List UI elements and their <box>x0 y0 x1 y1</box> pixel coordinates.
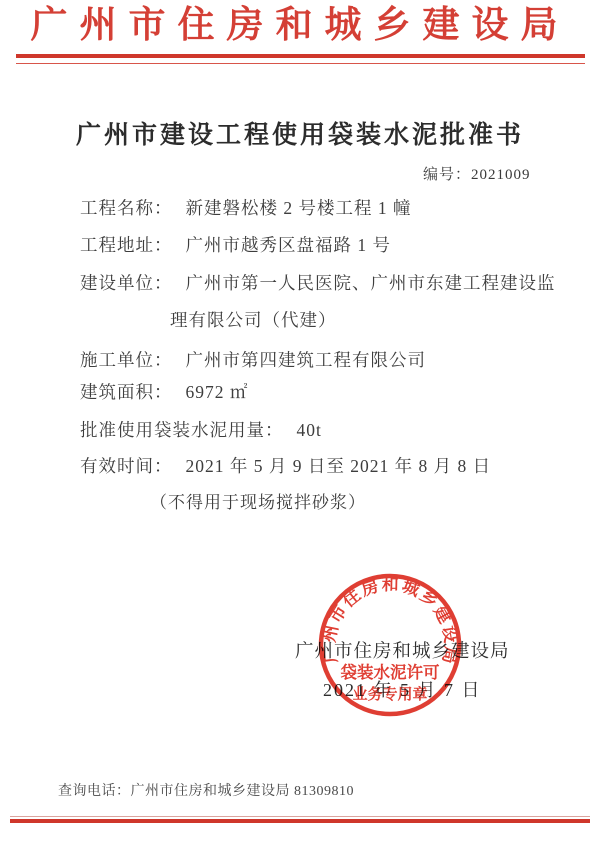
field-value: 广州市第一人民医院、广州市东建工程建设监 <box>186 273 556 293</box>
field-value: 广州市第四建筑工程有限公司 <box>186 350 427 370</box>
document-number-label: 编号： <box>423 167 471 183</box>
field-row-construction-owner: 建设单位：广州市第一人民医院、广州市东建工程建设监 <box>80 272 556 295</box>
letterhead-divider-thick <box>16 54 585 58</box>
field-value-continuation: 理有限公司（代建） <box>170 309 337 332</box>
approval-document-page: 广州市住房和城乡建设局 广州市建设工程使用袋装水泥批准书 编号：2021009 … <box>0 0 600 843</box>
field-value: 40t <box>297 420 322 440</box>
document-number: 编号：2021009 <box>423 163 531 184</box>
document-number-value: 2021009 <box>471 167 531 183</box>
field-row-floor-area: 建筑面积：6972 ㎡ <box>80 381 248 404</box>
field-label: 工程名称： <box>80 198 173 218</box>
official-red-stamp: 广州市住房和城乡建设局 袋装水泥许可 业务专用章 <box>315 570 465 720</box>
document-title: 广州市建设工程使用袋装水泥批准书 <box>0 121 600 150</box>
field-value: 2021 年 5 月 9 日至 2021 年 8 月 8 日 <box>186 456 492 476</box>
stamp-center-line2: 业务专用章 <box>352 685 427 703</box>
letterhead-agency-title: 广州市住房和城乡建设局 <box>0 4 600 48</box>
stamp-ring-text: 广州市住房和城乡建设局 <box>318 575 461 668</box>
field-row-project-name: 工程名称：新建磐松楼 2 号楼工程 1 幢 <box>80 197 412 220</box>
footer-divider-thick <box>10 819 590 823</box>
field-label: 建设单位： <box>80 273 173 293</box>
letterhead-divider-thin <box>16 63 585 64</box>
field-row-contractor: 施工单位：广州市第四建筑工程有限公司 <box>80 349 426 372</box>
restriction-note: （不得用于现场搅拌砂浆） <box>150 488 366 513</box>
field-value: 新建磐松楼 2 号楼工程 1 幢 <box>186 198 412 218</box>
field-row-validity-period: 有效时间：2021 年 5 月 9 日至 2021 年 8 月 8 日 <box>80 455 491 478</box>
field-label: 工程地址： <box>80 235 173 255</box>
field-label: 批准使用袋装水泥用量： <box>80 420 284 440</box>
field-label: 有效时间： <box>80 456 173 476</box>
field-row-project-address: 工程地址：广州市越秀区盘福路 1 号 <box>80 234 391 257</box>
field-label: 建筑面积： <box>80 382 173 402</box>
field-value: 广州市越秀区盘福路 1 号 <box>186 235 392 255</box>
field-label: 施工单位： <box>80 350 173 370</box>
footer-divider-thin <box>10 816 590 817</box>
inquiry-hotline: 查询电话：广州市住房和城乡建设局 81309810 <box>58 780 354 800</box>
field-value: 6972 ㎡ <box>186 382 249 402</box>
field-row-approved-cement-quantity: 批准使用袋装水泥用量：40t <box>80 419 322 442</box>
svg-text:广州市住房和城乡建设局: 广州市住房和城乡建设局 <box>318 575 461 668</box>
stamp-center-line1: 袋装水泥许可 <box>341 662 441 682</box>
